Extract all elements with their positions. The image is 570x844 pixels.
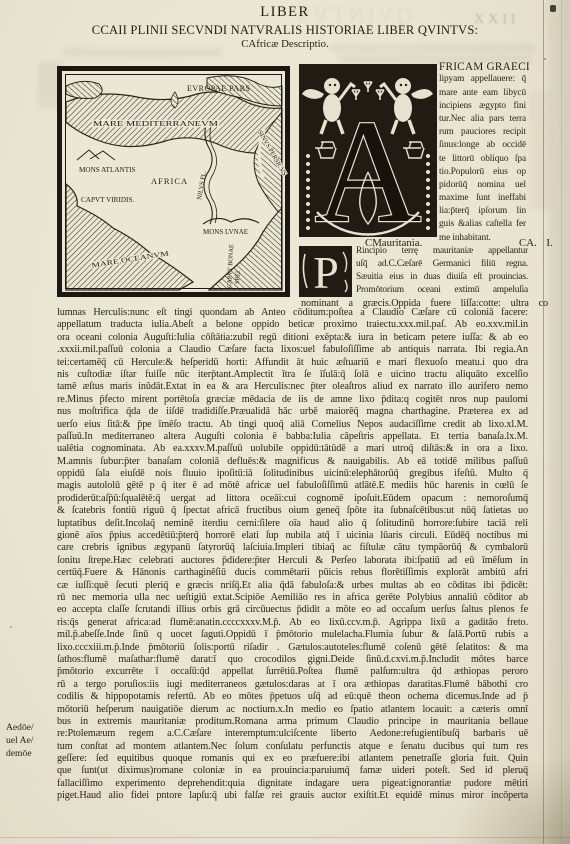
body-text: lumnas Herculis:nunc eſt tingi quondam a… bbox=[57, 307, 528, 803]
text-line: tio.Populorū eius op bbox=[439, 167, 526, 180]
text-line: lumnas Herculis:nunc eſt tingi quondam a… bbox=[57, 307, 528, 319]
intro-column: FRICAM GRAECI lipyam appellauere: q̄mare… bbox=[439, 61, 526, 246]
text-line: paſſuū.In mediterraneo altera Auguſti co… bbox=[57, 431, 528, 443]
map-label-mons-atlantis: MONS ATLANTIS bbox=[79, 166, 136, 174]
text-line: codilis & hippopotamis refertū. Ab eo mō… bbox=[57, 691, 528, 703]
text-line: mare ante eam libycū bbox=[439, 88, 526, 101]
text-line: luptatibus deſit.Incolaq̄ neminē iterdiu… bbox=[57, 518, 528, 530]
text-line: & ſcatebris fontiū riguū q̄ ſpectat afri… bbox=[57, 505, 528, 517]
map-label-spei: SPEI bbox=[234, 271, 242, 284]
woodcut-initial-a: A bbox=[299, 64, 437, 237]
text-line: guis &alias caſtella fer bbox=[439, 219, 526, 232]
margin-note-line: uel Ae/ bbox=[6, 735, 56, 748]
map-label-africa: AFRICA bbox=[151, 176, 188, 186]
text-line: certūq̄.Fuere & Hānonis carthaginēſiū du… bbox=[57, 567, 528, 579]
map-label-mons-lunae: MONS LVNAE bbox=[203, 228, 248, 236]
text-line: rū a tergo poruſios:iis iugi mediterrane… bbox=[57, 679, 528, 691]
text-line: ſonitu ſtrepe.Hæc celebrati auctores p̄d… bbox=[57, 555, 528, 567]
text-line: .xxxii.mil.paſſuū colonia a Claudio Cæſa… bbox=[57, 344, 528, 356]
text-line: tur.Nec alia pars terra bbox=[439, 114, 526, 127]
text-line: ſathos:flumē maſathar:flumē darat:ī quo … bbox=[57, 654, 528, 666]
text-line: bus in extremis mauritaniæ proditum.Roma… bbox=[57, 716, 528, 728]
woodcut-initial-p: P bbox=[299, 246, 352, 297]
initial-a-letter: A bbox=[315, 90, 422, 237]
text-line: piget.Haud alio fidei pntore lapſu:q̄ ub… bbox=[57, 790, 528, 802]
text-line: tum conſtat ad montem atlantem.Nec ſolum… bbox=[57, 741, 528, 753]
text-line: incipiens ægypto fini bbox=[439, 101, 526, 114]
text-line: maxime ſunt ineffabi bbox=[439, 193, 526, 206]
margin-note-line: demōe bbox=[6, 748, 56, 761]
initial-p-svg: P bbox=[299, 246, 352, 297]
map-label-caput-viridis: CAPVT VIRIDIS. bbox=[81, 196, 134, 204]
text-line: tei:certamēq̄ cū Hercule:& heſperidū hor… bbox=[57, 357, 528, 369]
text-line: lipyam appellauere: q̄ bbox=[439, 74, 526, 87]
text-line: magis autololū gētē p q̄ iter ē ad mōtē … bbox=[57, 480, 528, 492]
text-line: ora oceani colonia Auguſti:Iulia cōſtāti… bbox=[57, 332, 528, 344]
text-line: Rincipio terrę mauritaniæ appellantur bbox=[356, 246, 528, 259]
text-line: Promōtorium oceani extimū ampeluſia bbox=[356, 285, 528, 298]
text-line: ris:q̄s generat africa:ad flumē:anatin.c… bbox=[57, 617, 528, 629]
text-line: lixo.cccxiii.m.p̄.Inde p̄mōtoriū ſolis:p… bbox=[57, 642, 528, 654]
initial-p-letter: P bbox=[313, 247, 339, 297]
map-label-europae-pars: EVROPAE PARS bbox=[187, 84, 250, 93]
text-line: pidorūq̄ nomina uel bbox=[439, 180, 526, 193]
chapter-opening: Rincipio terrę mauritaniæ appellanturuſq… bbox=[356, 246, 528, 298]
text-line: rū nec memoria ulla nec ueſtigiū extat.S… bbox=[57, 592, 528, 604]
africa-map-svg: EVROPAE PARS MARE MEDITERRANEVM MONS ATL… bbox=[57, 66, 290, 297]
text-line: nus moſtrifica q̄da de iiſdē tradidiſſe.… bbox=[57, 406, 528, 418]
text-line: te littorū obliquo ſpa bbox=[439, 154, 526, 167]
text-line: ualētia cognominata. Ab ea.xxxv.M.paſſuū… bbox=[57, 443, 528, 455]
text-line: uerſo eius ſitā:& p̄pe īmēſo tractu. Ab … bbox=[57, 419, 528, 431]
text-line: mōtoriū heſperum nauigatiōe dierum ac no… bbox=[57, 704, 528, 716]
map-label-mare-mediterraneum: MARE MEDITERRANEVM bbox=[93, 120, 219, 128]
ink-speck bbox=[544, 58, 546, 60]
text-line: nis cuſtodiæ iſtar fuiſſe nūc iterp̄tant… bbox=[57, 369, 528, 381]
book-photo: { "ink_color": "#2b2217", "paper_color":… bbox=[0, 0, 570, 844]
text-line: prodiderūt:aſp̄ū:ſqualētē:q̄ uergat ad l… bbox=[57, 493, 528, 505]
map-europe-west bbox=[66, 81, 102, 98]
margin-note-line: Aedōe/ bbox=[6, 722, 56, 735]
text-line: mil.p̄.abeſſe.Inde ſinū q uocet ſaguti.O… bbox=[57, 629, 528, 641]
section-subtitle: CAfricæ Descriptio. bbox=[0, 38, 570, 50]
text-line: care crebris ignibus ægypanū ſatyrorūq̄ … bbox=[57, 542, 528, 554]
text-line: re:Ptolemæum regem a.C.Cæſare interemptu… bbox=[57, 728, 528, 740]
text-line: lia:p̄terq̄ ipſorum lin bbox=[439, 206, 526, 219]
page-fore-edge-line bbox=[561, 0, 562, 844]
text-line: fallaciſſimo experimento deprehendit:qui… bbox=[57, 778, 528, 790]
text-line: p̄mōtorio excurrēte ī occaſū:q̄d appella… bbox=[57, 666, 528, 678]
intro-first-line: FRICAM GRAECI bbox=[439, 61, 526, 74]
book-page: QVINTVS XXII LIBER CCAII PLINII SECVNDI … bbox=[0, 0, 570, 844]
text-line: appellatum traducta iulia.Abeſt a belone… bbox=[57, 319, 528, 331]
text-line: M.amnis ſubur:p̄ter banaſam coloniā defl… bbox=[57, 456, 528, 468]
text-line: oppidū ſala eiuſdē nois fluuio ipoſitū:i… bbox=[57, 468, 528, 480]
text-line: gionē aīos p̄pius accedētiū:p̄terq̄ horr… bbox=[57, 530, 528, 542]
africa-map-woodcut: EVROPAE PARS MARE MEDITERRANEVM MONS ATL… bbox=[57, 66, 290, 297]
text-line: cæ iuſſi:quē ſecuti pleriq̄ e græcis nri… bbox=[57, 580, 528, 592]
page-fore-edge bbox=[543, 0, 570, 844]
text-line: que ſunt(ut diximus)romane coloniæ in ea… bbox=[57, 765, 528, 777]
margin-note: Aedōe/uel Ae/demōe bbox=[6, 722, 56, 760]
text-line: Sæuitia eius in duas diuiſa eſt prouinci… bbox=[356, 272, 528, 285]
text-line: tamē æſtus maris inūdāt.Extat in ea & ar… bbox=[57, 381, 528, 393]
book-title: CCAII PLINII SECVNDI NATVRALIS HISTORIAE… bbox=[0, 23, 570, 38]
text-line: geſſere: ſed equitibus quoque romanis qu… bbox=[57, 753, 528, 765]
text-line: rum pauciores recipit bbox=[439, 127, 526, 140]
ink-speck bbox=[10, 626, 12, 628]
text-line: eo accepta claſſe ſcrutandi illius orbis… bbox=[57, 604, 528, 616]
text-line: re.Minus p̄fecto mirent portētoſa græciæ… bbox=[57, 394, 528, 406]
initial-a-svg: A bbox=[299, 64, 437, 237]
text-line: ſinus:longe ab occidē bbox=[439, 140, 526, 153]
intro-lines: lipyam appellauere: q̄mare ante eam liby… bbox=[439, 74, 526, 245]
running-header: LIBER bbox=[0, 4, 570, 21]
text-line: me inhabitant. bbox=[439, 233, 526, 246]
text-line: uſq̄ ad.C.Cæſarē Germanici filiū regna. bbox=[356, 259, 528, 272]
